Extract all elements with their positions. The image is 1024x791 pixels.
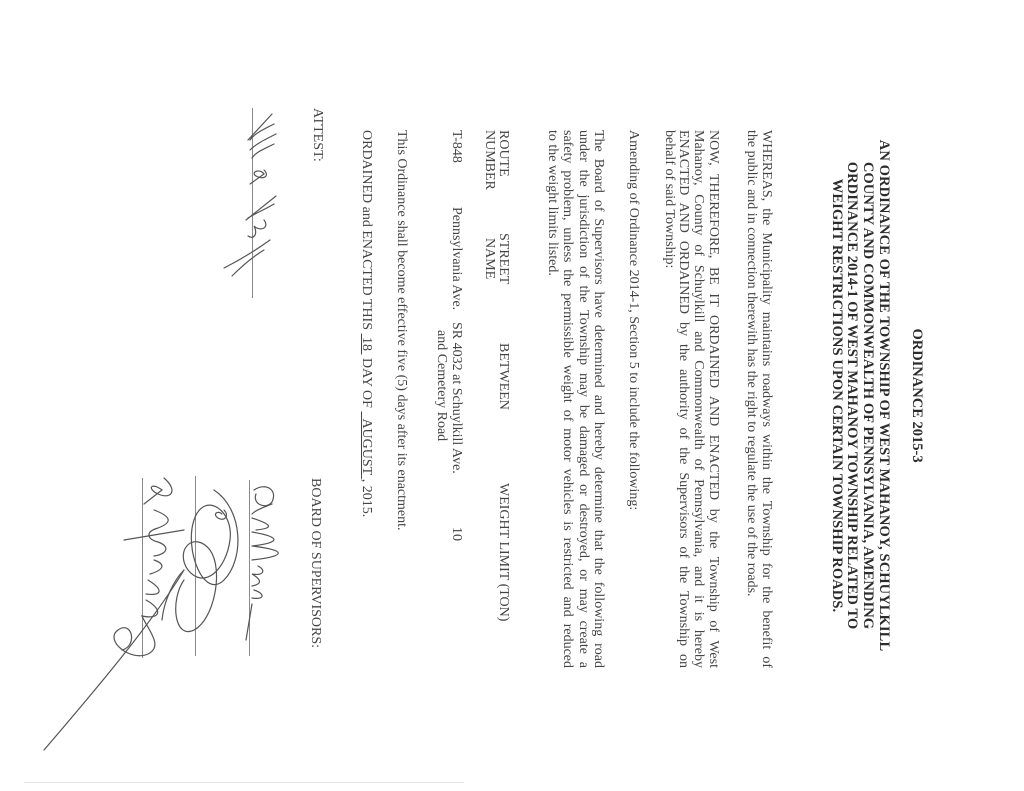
enacted-month: AUGUST <box>359 411 374 478</box>
board-determination-line: under the jurisdiction of the Township m… <box>575 130 591 668</box>
attest-signature-icon <box>214 100 294 310</box>
ordinance-title-line: WEIGHT RESTRICTIONS UPON CERTAIN TOWNSHI… <box>828 0 845 791</box>
board-determination-line: to the weight limits listed. <box>544 130 560 276</box>
header-name: NAME <box>481 238 497 279</box>
whereas-line: the public and in connection therewith h… <box>743 130 759 597</box>
board-determination-line: safety problem, unless the permissible w… <box>559 130 575 668</box>
cell-route-number: T-848 <box>448 130 464 163</box>
signature-trailing-stroke-icon <box>0 560 194 760</box>
enacted-day: 18 <box>359 334 374 355</box>
scan-edge <box>24 782 464 783</box>
whereas-line: WHEREAS, the Municipality maintains road… <box>758 130 774 668</box>
enacted-line: ORDAINED and ENACTED THIS 18 DAY OF AUGU… <box>358 130 374 517</box>
now-therefore-line: NOW, THEREFORE, BE IT ORDAINED AND ENACT… <box>705 130 721 668</box>
attest-label: ATTEST: <box>309 108 325 162</box>
board-determination-line: The Board of Supervisors have determined… <box>590 130 606 668</box>
now-therefore-line: ENACTED AND ORDAINED by the authority of… <box>675 130 691 668</box>
effective-line: This Ordinance shall become effective fi… <box>393 130 409 531</box>
now-therefore-line: Mahanoy, County of Schuylkill and Common… <box>690 130 706 668</box>
header-route: ROUTE <box>495 130 511 177</box>
ordinance-title-line: COUNTY AND COMMONWEALTH OF PENNSYLVANIA,… <box>859 0 876 791</box>
cell-between-cont: and Cemetery Road <box>433 330 449 441</box>
now-therefore-line: behalf of said Township: <box>661 130 677 268</box>
cell-street-name: Pennsylvania Ave. <box>448 207 464 310</box>
header-weight-limit: WEIGHT LIMIT (TON) <box>495 483 511 621</box>
header-street: STREET <box>495 233 511 284</box>
header-number: NUMBER <box>481 130 497 190</box>
ordinance-title-line: AN ORDINANCE OF THE TOWNSHIP OF WEST MAH… <box>875 0 892 791</box>
ordinance-title-line: ORDINANCE 2014-1 OF WEST MAHANOY TOWNSHI… <box>843 0 860 791</box>
enacted-year: , 2015. <box>359 479 374 518</box>
cell-weight-limit: 10 <box>448 527 464 541</box>
enacted-day-of: DAY OF <box>359 358 374 408</box>
cell-between: SR 4032 at Schuylkill Ave. <box>448 322 464 474</box>
ordinance-number: ORDINANCE 2015-3 <box>908 0 925 791</box>
board-of-supervisors-label: BOARD OF SUPERVISORS: <box>307 478 323 648</box>
amending-line: Amending of Ordinance 2014-1, Section 5 … <box>625 130 641 510</box>
enacted-prefix: ORDAINED and ENACTED THIS <box>359 130 374 330</box>
scanned-ordinance-page: ORDINANCE 2015-3 AN ORDINANCE OF THE TOW… <box>0 0 1024 791</box>
header-between: BETWEEN <box>495 343 511 410</box>
